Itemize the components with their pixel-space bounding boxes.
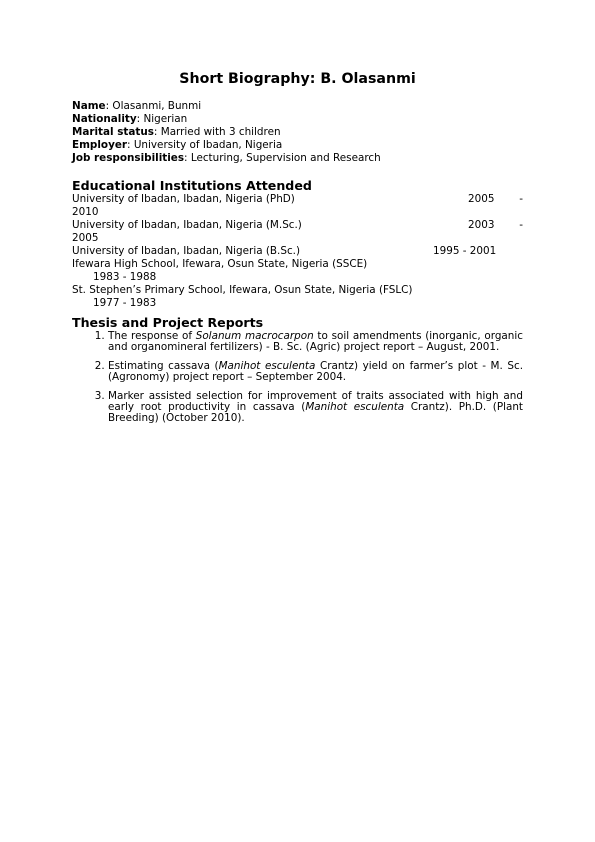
profile-nationality: Nationality: Nigerian [72, 113, 523, 126]
thesis-item: Marker assisted selection for improvemen… [108, 391, 523, 425]
end-year: 2010 [72, 206, 523, 219]
education-item: University of Ibadan, Ibadan, Nigeria (M… [72, 219, 523, 245]
education-heading: Educational Institutions Attended [72, 179, 523, 193]
field-value: : University of Ibadan, Nigeria [127, 139, 282, 151]
species-name: Manihot esculenta [305, 401, 404, 413]
text: The response of [108, 330, 196, 342]
thesis-list: The response of Solanum macrocarpon to s… [72, 331, 523, 425]
field-value: : Nigerian [137, 113, 188, 125]
profile-section: Name: Olasanmi, Bunmi Nationality: Niger… [72, 100, 523, 165]
thesis-item: The response of Solanum macrocarpon to s… [108, 331, 523, 354]
profile-name: Name: Olasanmi, Bunmi [72, 100, 523, 113]
years: 1983 - 1988 [72, 271, 523, 284]
field-value: : Olasanmi, Bunmi [106, 100, 202, 112]
year-dash: - [519, 193, 523, 206]
page-title: Short Biography: B. Olasanmi [72, 70, 523, 88]
institution: University of Ibadan, Ibadan, Nigeria (M… [72, 219, 302, 231]
field-value: : Lecturing, Supervision and Research [184, 152, 381, 164]
species-name: Solanum macrocarpon [196, 330, 314, 342]
thesis-heading: Thesis and Project Reports [72, 316, 523, 330]
profile-job-responsibilities: Job responsibilities: Lecturing, Supervi… [72, 152, 523, 165]
profile-marital-status: Marital status: Married with 3 children [72, 126, 523, 139]
education-item: Ifewara High School, Ifewara, Osun State… [72, 258, 523, 284]
species-name: Manihot esculenta [219, 360, 316, 372]
field-label: Name [72, 100, 106, 112]
field-label: Employer [72, 139, 127, 151]
education-item: University of Ibadan, Ibadan, Nigeria (P… [72, 193, 523, 219]
institution: University of Ibadan, Ibadan, Nigeria (P… [72, 193, 295, 205]
text: Estimating cassava ( [108, 360, 219, 372]
start-year: 2003 [468, 219, 494, 232]
years: 1977 - 1983 [72, 297, 523, 310]
field-label: Job responsibilities [72, 152, 184, 164]
institution: Ifewara High School, Ifewara, Osun State… [72, 258, 523, 271]
institution: St. Stephen’s Primary School, Ifewara, O… [72, 284, 523, 297]
education-item: St. Stephen’s Primary School, Ifewara, O… [72, 284, 523, 310]
end-year: 2005 [72, 232, 523, 245]
document-page: Short Biography: B. Olasanmi Name: Olasa… [72, 70, 523, 432]
education-item: University of Ibadan, Ibadan, Nigeria (B… [72, 245, 523, 258]
institution: University of Ibadan, Ibadan, Nigeria (B… [72, 245, 300, 257]
field-label: Nationality [72, 113, 137, 125]
thesis-item: Estimating cassava (Manihot esculenta Cr… [108, 361, 523, 384]
field-value: : Married with 3 children [154, 126, 281, 138]
year-dash: - [519, 219, 523, 232]
education-list: University of Ibadan, Ibadan, Nigeria (P… [72, 193, 523, 310]
profile-employer: Employer: University of Ibadan, Nigeria [72, 139, 523, 152]
start-year: 2005 [468, 193, 494, 206]
field-label: Marital status [72, 126, 154, 138]
years: 1995 - 2001 [433, 245, 496, 258]
